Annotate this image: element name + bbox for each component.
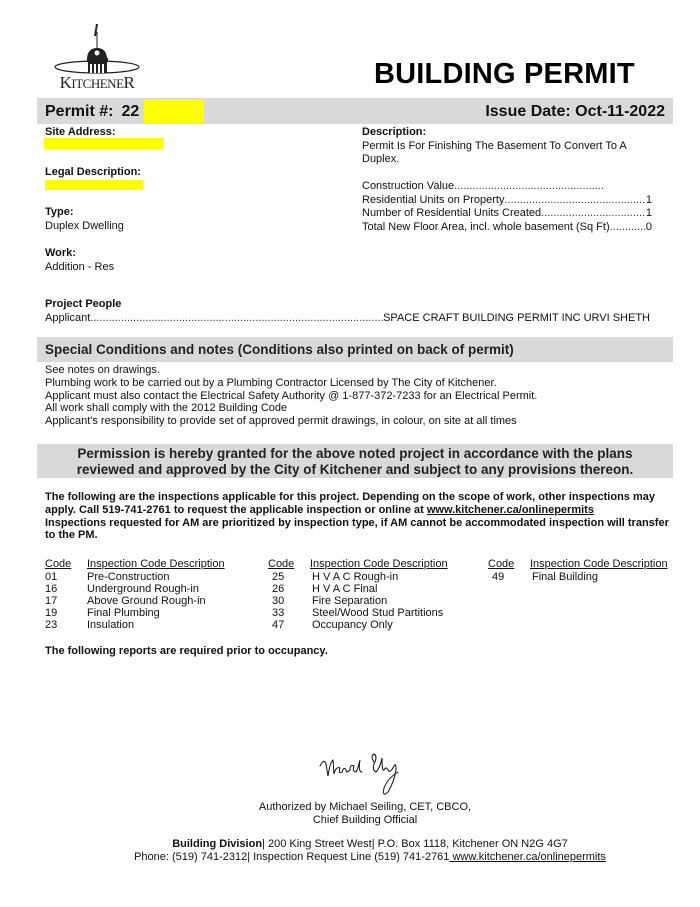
- code-header: Code: [268, 558, 310, 571]
- footer-permits-link[interactable]: www.kitchener.ca/onlinepermits: [449, 851, 606, 863]
- permission-statement: Permission is hereby granted for the abo…: [37, 446, 673, 477]
- permit-number: Permit #:22: [45, 103, 139, 121]
- inspection-row: 17Above Ground Rough-in: [45, 595, 225, 607]
- inspection-row: 49Final Building: [488, 571, 668, 583]
- work-value: Addition - Res: [45, 261, 114, 274]
- condition-item: Applicant's responsibility to provide se…: [45, 415, 537, 428]
- work-label: Work:: [45, 247, 76, 260]
- type-label: Type:: [45, 206, 74, 219]
- inspection-row: 30Fire Separation: [268, 595, 448, 607]
- city-hall-icon: KITCHENER: [50, 22, 150, 92]
- description-label: Description:: [362, 126, 426, 139]
- authorization: Authorized by Michael Seiling, CET, CBCO…: [240, 801, 490, 827]
- inspection-row: 26H V A C Final: [268, 583, 448, 595]
- site-address-redaction: [44, 138, 164, 149]
- special-conditions-list: See notes on drawings. Plumbing work to …: [45, 364, 537, 428]
- inspections-intro: The following are the inspections applic…: [45, 491, 675, 542]
- description-header: Inspection Code Description: [530, 558, 668, 571]
- description-header: Inspection Code Description: [87, 558, 225, 571]
- inspection-row: 23Insulation: [45, 619, 225, 631]
- permit-number-label: Permit #:: [45, 103, 113, 120]
- permit-number-prefix: 22: [121, 103, 139, 120]
- footer-phone-line: Phone: (519) 741-2312| Inspection Reques…: [100, 851, 640, 864]
- description-header: Inspection Code Description: [310, 558, 448, 571]
- type-value: Duplex Dwelling: [45, 220, 124, 233]
- applicant-label: Applicant: [45, 312, 90, 325]
- official-title: Chief Building Official: [240, 814, 490, 827]
- svg-text:KITCHENER: KITCHENER: [60, 73, 136, 92]
- inspection-row: 01Pre-Construction: [45, 571, 225, 583]
- issue-date: Issue Date: Oct-11-2022: [485, 103, 665, 121]
- code-header: Code: [45, 558, 87, 571]
- project-people-label: Project People: [45, 298, 121, 311]
- signature-icon: [316, 748, 412, 800]
- applicant-value: SPACE CRAFT BUILDING PERMIT INC URVI SHE…: [383, 312, 650, 325]
- division-name: Building Division: [172, 838, 262, 850]
- legal-description-redaction: [45, 180, 143, 190]
- issue-date-value: Oct-11-2022: [575, 103, 665, 120]
- inspection-row: 19Final Plumbing: [45, 607, 225, 619]
- inspection-row: 16Underground Rough-in: [45, 583, 225, 595]
- online-permits-link[interactable]: www.kitchener.ca/onlinepermits: [427, 504, 594, 516]
- description-value: Permit Is For Finishing The Basement To …: [362, 140, 662, 166]
- footer: Building Division| 200 King Street West|…: [100, 838, 640, 864]
- applicant-row: ApplicantSPACE CRAFT BUILDING PERMIT INC…: [45, 312, 650, 325]
- kitchener-logo: KITCHENER: [50, 22, 150, 92]
- permit-stats: Construction Value Residential Units on …: [362, 180, 652, 234]
- authorized-by: Authorized by Michael Seiling, CET, CBCO…: [240, 801, 490, 814]
- condition-item: Applicant must also contact the Electric…: [45, 390, 537, 403]
- condition-item: See notes on drawings.: [45, 364, 537, 377]
- footer-address-line: Building Division| 200 King Street West|…: [100, 838, 640, 851]
- inspection-column-2: CodeInspection Code Description 25H V A …: [268, 558, 448, 631]
- inspection-row: 33Steel/Wood Stud Partitions: [268, 607, 448, 619]
- reports-note: The following reports are required prior…: [45, 645, 328, 658]
- condition-item: Plumbing work to be carried out by a Plu…: [45, 377, 537, 390]
- stat-construction-value: Construction Value: [362, 180, 652, 194]
- legal-description-label: Legal Description:: [45, 166, 141, 179]
- stat-units-created: Number of Residential Units Created1: [362, 207, 652, 221]
- code-header: Code: [488, 558, 530, 571]
- stat-floor-area: Total New Floor Area, incl. whole baseme…: [362, 221, 652, 235]
- condition-item: All work shall comply with the 2012 Buil…: [45, 402, 537, 415]
- inspection-column-1: CodeInspection Code Description 01Pre-Co…: [45, 558, 225, 631]
- inspection-column-3: CodeInspection Code Description 49Final …: [488, 558, 668, 583]
- inspection-row: 25H V A C Rough-in: [268, 571, 448, 583]
- permit-number-redaction: [144, 99, 204, 123]
- special-conditions-title: Special Conditions and notes (Conditions…: [45, 342, 514, 358]
- issue-date-label: Issue Date:: [485, 103, 570, 120]
- document-title: BUILDING PERMIT: [374, 57, 635, 91]
- inspection-row: 47Occupancy Only: [268, 619, 448, 631]
- stat-residential-units: Residential Units on Property1: [362, 194, 652, 208]
